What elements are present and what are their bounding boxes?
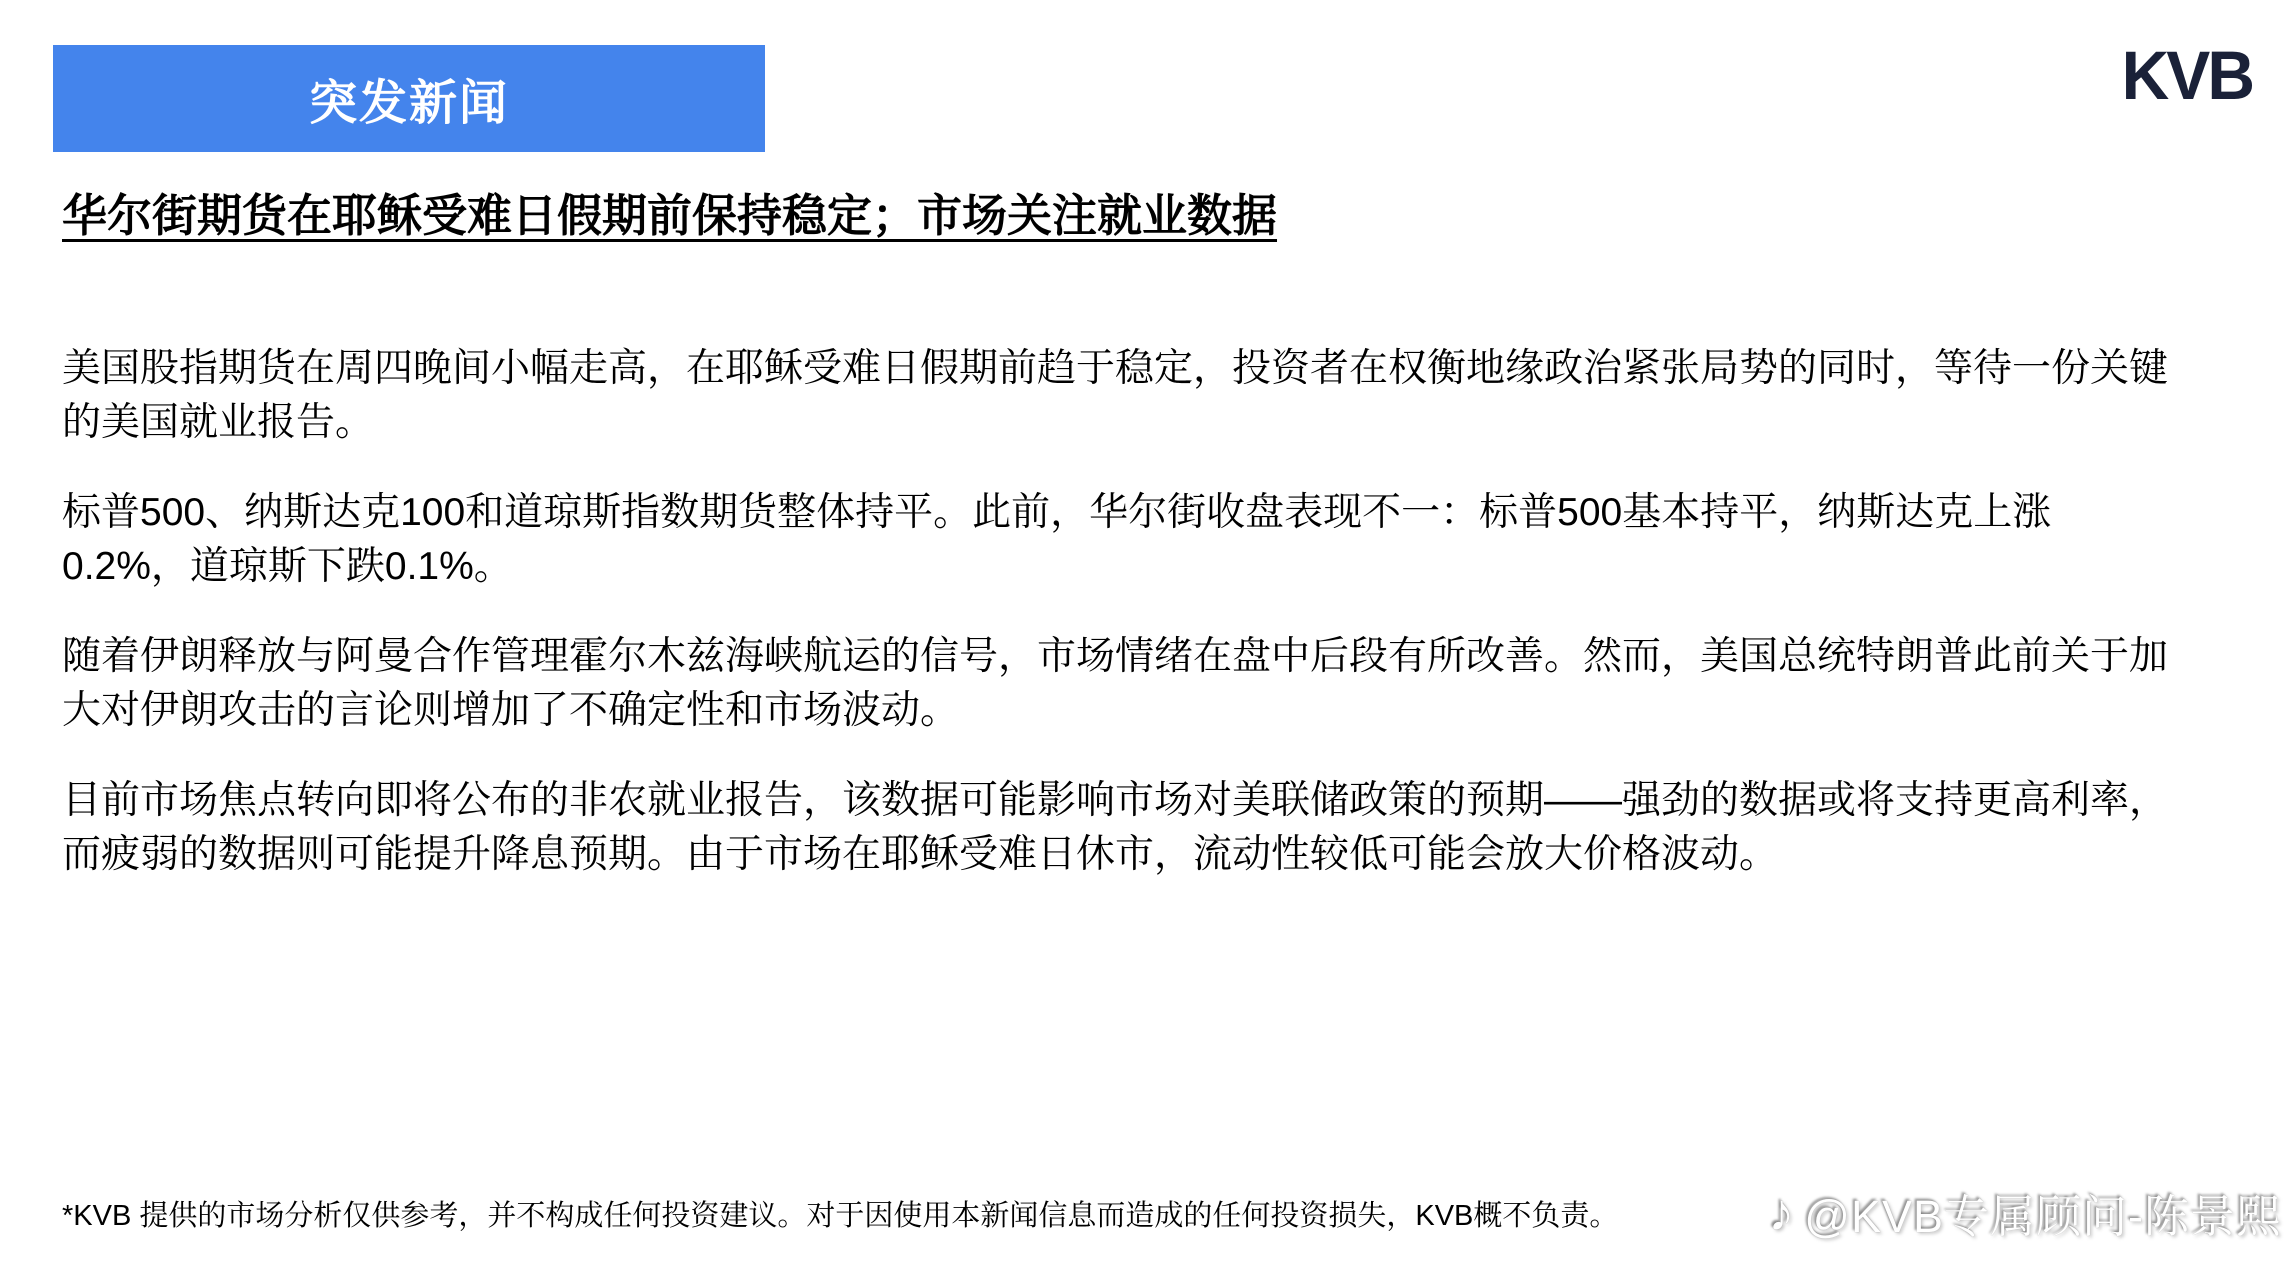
article-body: 美国股指期货在周四晚间小幅走高，在耶稣受难日假期前趋于稳定，投资者在权衡地缘政治… bbox=[62, 342, 2172, 918]
disclaimer-text: *KVB 提供的市场分析仅供参考，并不构成任何投资建议。对于因使用本新闻信息而造… bbox=[62, 1193, 1618, 1234]
article-paragraph: 目前市场焦点转向即将公布的非农就业报告，该数据可能影响市场对美联储政策的预期——… bbox=[62, 774, 2172, 882]
kvb-logo: KVB bbox=[2122, 41, 2252, 110]
article-paragraph: 美国股指期货在周四晚间小幅走高，在耶稣受难日假期前趋于稳定，投资者在权衡地缘政治… bbox=[62, 342, 2172, 450]
watermark-text: @KVB专属顾问-陈景熙 bbox=[1804, 1180, 2282, 1245]
news-card: 突发新闻 KVB 华尔街期货在耶稣受难日假期前保持稳定；市场关注就业数据 美国股… bbox=[0, 0, 2286, 1264]
article-paragraph: 标普500、纳斯达克100和道琼斯指数期货整体持平。此前，华尔街收盘表现不一：标… bbox=[62, 486, 2172, 594]
headline: 华尔街期货在耶稣受难日假期前保持稳定；市场关注就业数据 bbox=[62, 188, 1277, 244]
breaking-news-label: 突发新闻 bbox=[309, 64, 509, 133]
douyin-note-icon: ♪ bbox=[1768, 1187, 1794, 1239]
article-paragraph: 随着伊朗释放与阿曼合作管理霍尔木兹海峡航运的信号，市场情绪在盘中后段有所改善。然… bbox=[62, 630, 2172, 738]
breaking-news-badge: 突发新闻 bbox=[53, 45, 765, 152]
watermark: ♪ @KVB专属顾问-陈景熙 bbox=[1768, 1180, 2282, 1245]
